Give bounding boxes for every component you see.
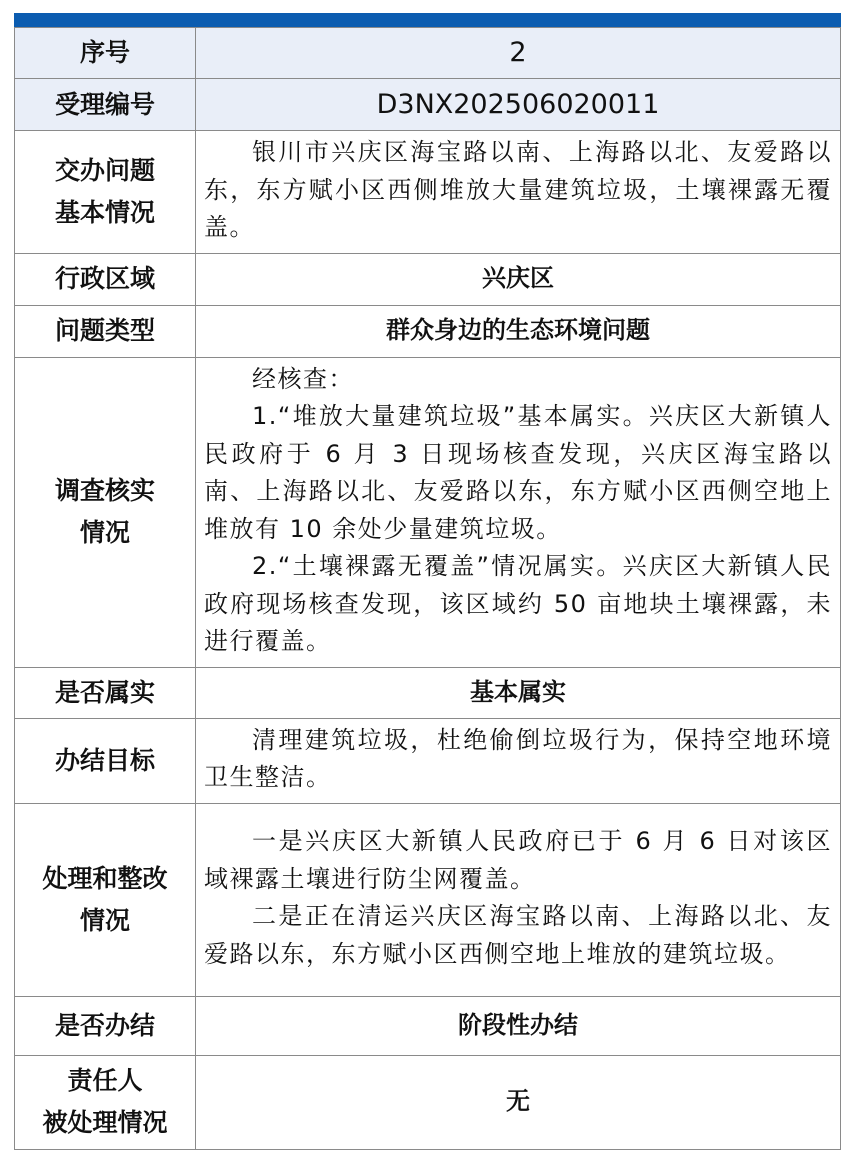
row-verified: 是否属实 基本属实 xyxy=(15,667,841,718)
case-report-table: 序号 2 受理编号 D3NX202506020011 交办问题 基本情况 银川市… xyxy=(14,27,841,1150)
row-rectification: 处理和整改 情况 一是兴庆区大新镇人民政府已于 6 月 6 日对该区域裸露土壤进… xyxy=(15,803,841,996)
label-accountability: 责任人 被处理情况 xyxy=(15,1055,196,1149)
row-issue-type: 问题类型 群众身边的生态环境问题 xyxy=(15,305,841,357)
investigation-paragraph-3: 2.“土壤裸露无覆盖”情况属实。兴庆区大新镇人民政府现场核查发现，该区域约 50… xyxy=(204,548,832,661)
rectification-paragraph-2: 二是正在清运兴庆区海宝路以南、上海路以北、友爱路以东，东方赋小区西侧空地上堆放的… xyxy=(204,898,832,973)
value-verified: 基本属实 xyxy=(196,667,841,718)
label-investigation-line1: 调查核实 xyxy=(15,470,195,512)
label-rectification-line1: 处理和整改 xyxy=(15,858,195,900)
label-case-no: 受理编号 xyxy=(15,79,196,131)
label-district: 行政区域 xyxy=(15,253,196,305)
label-investigation-line2: 情况 xyxy=(15,512,195,554)
investigation-paragraph-2: 1.“堆放大量建筑垃圾”基本属实。兴庆区大新镇人民政府于 6 月 3 日现场核查… xyxy=(204,398,832,548)
label-verified: 是否属实 xyxy=(15,667,196,718)
case-report-table-container: 序号 2 受理编号 D3NX202506020011 交办问题 基本情况 银川市… xyxy=(14,13,841,1150)
row-case-no: 受理编号 D3NX202506020011 xyxy=(15,79,841,131)
rectification-paragraph-1: 一是兴庆区大新镇人民政府已于 6 月 6 日对该区域裸露土壤进行防尘网覆盖。 xyxy=(204,823,832,898)
label-investigation: 调查核实 情况 xyxy=(15,357,196,667)
value-investigation: 经核查： 1.“堆放大量建筑垃圾”基本属实。兴庆区大新镇人民政府于 6 月 3 … xyxy=(196,357,841,667)
label-accountability-line1: 责任人 xyxy=(15,1060,195,1102)
label-concluded: 是否办结 xyxy=(15,996,196,1055)
label-goal: 办结目标 xyxy=(15,718,196,803)
row-district: 行政区域 兴庆区 xyxy=(15,253,841,305)
row-concluded: 是否办结 阶段性办结 xyxy=(15,996,841,1055)
label-issue-line2: 基本情况 xyxy=(15,192,195,234)
value-issue: 银川市兴庆区海宝路以南、上海路以北、友爱路以东，东方赋小区西侧堆放大量建筑垃圾，… xyxy=(196,131,841,254)
value-concluded: 阶段性办结 xyxy=(196,996,841,1055)
label-issue-line1: 交办问题 xyxy=(15,150,195,192)
label-rectification-line2: 情况 xyxy=(15,900,195,942)
label-serial: 序号 xyxy=(15,28,196,79)
label-rectification: 处理和整改 情况 xyxy=(15,803,196,996)
value-issue-type: 群众身边的生态环境问题 xyxy=(196,305,841,357)
row-investigation: 调查核实 情况 经核查： 1.“堆放大量建筑垃圾”基本属实。兴庆区大新镇人民政府… xyxy=(15,357,841,667)
row-accountability: 责任人 被处理情况 无 xyxy=(15,1055,841,1149)
value-district: 兴庆区 xyxy=(196,253,841,305)
value-serial: 2 xyxy=(196,28,841,79)
value-goal: 清理建筑垃圾，杜绝偷倒垃圾行为，保持空地环境卫生整洁。 xyxy=(196,718,841,803)
investigation-paragraph-1: 经核查： xyxy=(204,361,832,399)
header-bar xyxy=(14,13,841,27)
value-accountability: 无 xyxy=(196,1055,841,1149)
value-case-no: D3NX202506020011 xyxy=(196,79,841,131)
row-goal: 办结目标 清理建筑垃圾，杜绝偷倒垃圾行为，保持空地环境卫生整洁。 xyxy=(15,718,841,803)
row-serial: 序号 2 xyxy=(15,28,841,79)
row-issue: 交办问题 基本情况 银川市兴庆区海宝路以南、上海路以北、友爱路以东，东方赋小区西… xyxy=(15,131,841,254)
label-accountability-line2: 被处理情况 xyxy=(15,1102,195,1144)
label-issue-type: 问题类型 xyxy=(15,305,196,357)
issue-paragraph: 银川市兴庆区海宝路以南、上海路以北、友爱路以东，东方赋小区西侧堆放大量建筑垃圾，… xyxy=(204,134,832,247)
goal-paragraph: 清理建筑垃圾，杜绝偷倒垃圾行为，保持空地环境卫生整洁。 xyxy=(204,722,832,797)
label-issue: 交办问题 基本情况 xyxy=(15,131,196,254)
value-rectification: 一是兴庆区大新镇人民政府已于 6 月 6 日对该区域裸露土壤进行防尘网覆盖。 二… xyxy=(196,803,841,996)
